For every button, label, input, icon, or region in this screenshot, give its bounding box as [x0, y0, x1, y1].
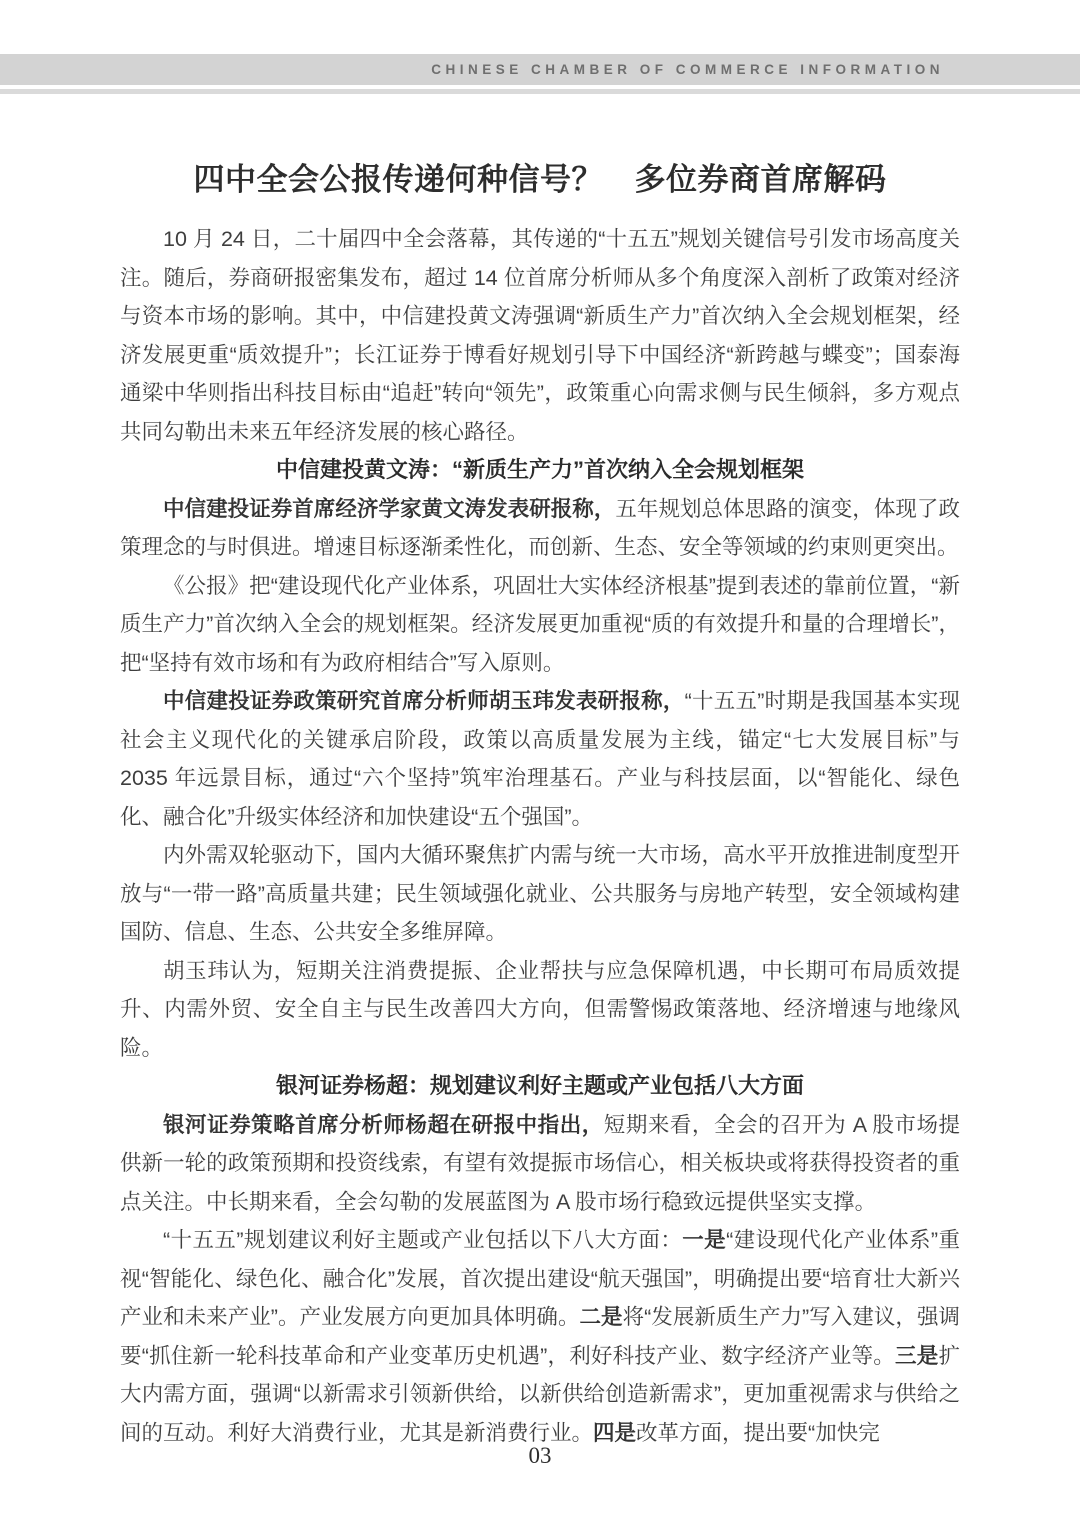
paragraph: 内外需双轮驱动下，国内大循环聚焦扩内需与统一大市场，高水平开放推进制度型开放与“…	[120, 836, 960, 952]
page-number: 03	[0, 1443, 1080, 1469]
text-segment: 中信建投证券政策研究首席分析师胡玉玮发表研报称，	[163, 689, 685, 713]
text-segment: 10 月 24 日，二十届四中全会落幕，其传递的“十五五”规划关键信号引发市场高…	[120, 227, 960, 444]
paragraph: “十五五”规划建议利好主题或产业包括以下八大方面：一是“建设现代化产业体系”重视…	[120, 1221, 960, 1452]
text-segment: 改革方面，提出要“加快完	[636, 1421, 880, 1445]
text-segment: 银河证券策略首席分析师杨超在研报中指出，	[163, 1113, 604, 1137]
paragraph: 胡玉玮认为，短期关注消费提振、企业帮扶与应急保障机遇，中长期可布局质效提升、内需…	[120, 952, 960, 1068]
text-segment: 三是	[895, 1344, 938, 1368]
paragraph: 中信建投证券首席经济学家黄文涛发表研报称，五年规划总体思路的演变，体现了政策理念…	[120, 490, 960, 567]
paragraph: 银河证券策略首席分析师杨超在研报中指出，短期来看，全会的召开为 A 股市场提供新…	[120, 1106, 960, 1222]
paragraph: 中信建投证券政策研究首席分析师胡玉玮发表研报称，“十五五”时期是我国基本实现社会…	[120, 682, 960, 836]
header-band: CHINESE CHAMBER OF COMMERCE INFORMATION	[0, 54, 1080, 85]
text-segment: 中信建投证券首席经济学家黄文涛发表研报称，	[163, 497, 615, 521]
text-segment: “十五五”规划建议利好主题或产业包括以下八大方面：	[163, 1228, 682, 1252]
text-segment: 《公报》把“建设现代化产业体系，巩固壮大实体经济根基”提到表述的靠前位置，“新质…	[120, 574, 960, 675]
document-page: CHINESE CHAMBER OF COMMERCE INFORMATION …	[0, 0, 1080, 1525]
article: 四中全会公报传递何种信号？ 多位券商首席解码 10 月 24 日，二十届四中全会…	[120, 156, 960, 1452]
header-banner-text: CHINESE CHAMBER OF COMMERCE INFORMATION	[431, 62, 944, 77]
text-segment: 一是	[682, 1228, 726, 1252]
text-segment: 四是	[593, 1421, 636, 1445]
text-segment: 二是	[579, 1305, 622, 1329]
text-segment: 胡玉玮认为，短期关注消费提振、企业帮扶与应急保障机遇，中长期可布局质效提升、内需…	[120, 959, 960, 1060]
article-title: 四中全会公报传递何种信号？ 多位券商首席解码	[120, 156, 960, 204]
section-heading: 中信建投黄文涛：“新质生产力”首次纳入全会规划框架	[120, 451, 960, 490]
header-strip	[0, 89, 1080, 94]
article-body: 10 月 24 日，二十届四中全会落幕，其传递的“十五五”规划关键信号引发市场高…	[120, 220, 960, 1452]
paragraph: 《公报》把“建设现代化产业体系，巩固壮大实体经济根基”提到表述的靠前位置，“新质…	[120, 567, 960, 683]
paragraph: 10 月 24 日，二十届四中全会落幕，其传递的“十五五”规划关键信号引发市场高…	[120, 220, 960, 451]
section-heading: 银河证券杨超：规划建议利好主题或产业包括八大方面	[120, 1067, 960, 1106]
text-segment: 内外需双轮驱动下，国内大循环聚焦扩内需与统一大市场，高水平开放推进制度型开放与“…	[120, 843, 960, 944]
